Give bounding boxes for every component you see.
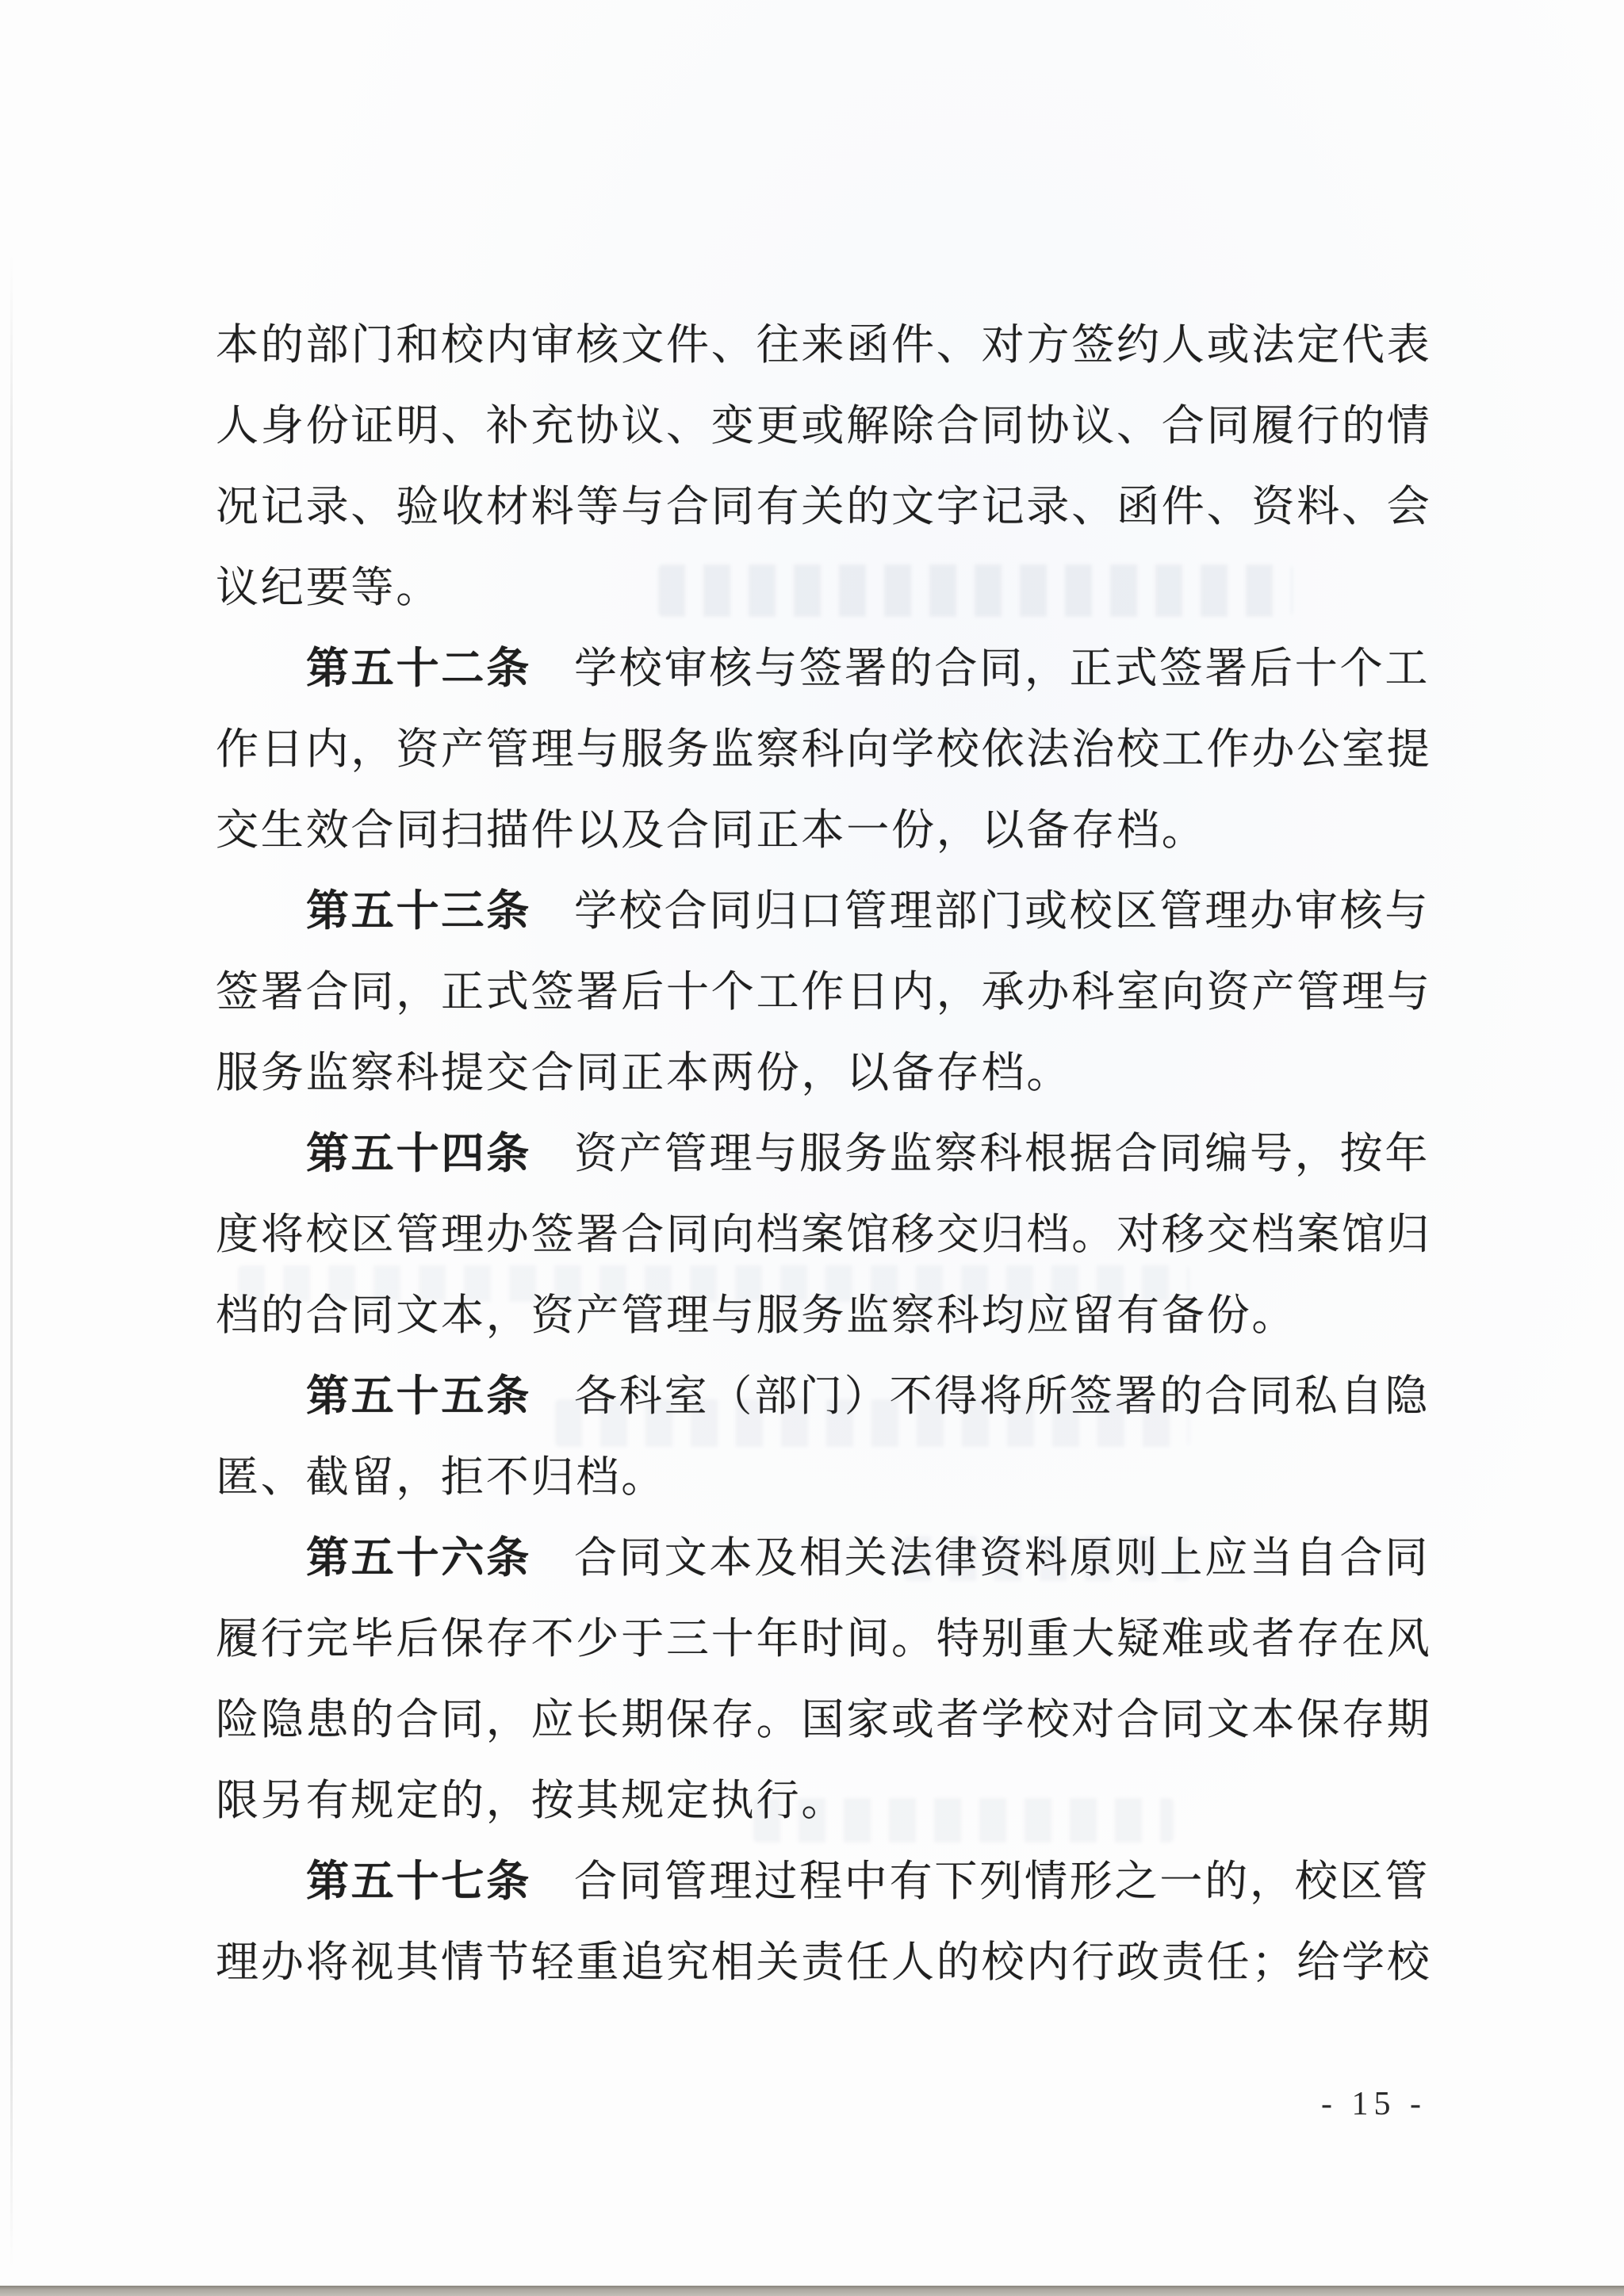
line-text: 签署合同，正式签署后十个工作日内，承办科室向资产管理与 (216, 968, 1432, 1016)
line-text: 限另有规定的，按其规定执行。 (216, 1777, 846, 1824)
text-line: 签署合同，正式签署后十个工作日内，承办科室向资产管理与 (216, 951, 1453, 1032)
text-line: 险隐患的合同，应长期保存。国家或者学校对合同文本保存期 (216, 1679, 1453, 1760)
text-line: 议纪要等。 (216, 547, 1453, 628)
article-number: 第五十三条 (306, 887, 531, 935)
text-line: 理办将视其情节轻重追究相关责任人的校内行政责任；给学校 (216, 1922, 1453, 2003)
text-line-article-54: 第五十四条资产管理与服务监察科根据合同编号，按年 (216, 1113, 1453, 1194)
scanned-page: 本的部门和校内审核文件、往来函件、对方签约人或法定代表 人身份证明、补充协议、变… (0, 0, 1624, 2296)
article-number: 第五十六条 (306, 1534, 531, 1582)
article-number: 第五十二条 (306, 645, 531, 692)
text-line: 人身份证明、补充协议、变更或解除合同协议、合同履行的情 (216, 385, 1453, 466)
article-number: 第五十五条 (306, 1372, 531, 1420)
line-text: 议纪要等。 (216, 564, 441, 611)
text-line-article-53: 第五十三条学校合同归口管理部门或校区管理办审核与 (216, 871, 1453, 951)
text-line-article-56: 第五十六条合同文本及相关法律资料原则上应当自合同 (216, 1517, 1453, 1598)
line-text: 合同管理过程中有下列情形之一的，校区管 (574, 1858, 1430, 1905)
line-text: 作日内，资产管理与服务监察科向学校依法治校工作办公室提 (216, 725, 1432, 773)
line-text: 档的合同文本，资产管理与服务监察科均应留有备份。 (216, 1291, 1297, 1339)
text-line: 服务监察科提交合同正本两份，以备存档。 (216, 1032, 1453, 1113)
text-line: 况记录、验收材料等与合同有关的文字记录、函件、资料、会 (216, 466, 1453, 547)
scan-bottom-edge (0, 2286, 1624, 2296)
line-text: 服务监察科提交合同正本两份，以备存档。 (216, 1049, 1071, 1096)
line-text: 险隐患的合同，应长期保存。国家或者学校对合同文本保存期 (216, 1696, 1432, 1743)
text-line: 作日内，资产管理与服务监察科向学校依法治校工作办公室提 (216, 709, 1453, 790)
article-number: 第五十四条 (306, 1130, 531, 1177)
line-text: 履行完毕后保存不少于三十年时间。特别重大疑难或者存在风 (216, 1615, 1432, 1663)
text-line-article-52: 第五十二条学校审核与签署的合同，正式签署后十个工 (216, 628, 1453, 709)
text-line-article-57: 第五十七条合同管理过程中有下列情形之一的，校区管 (216, 1841, 1453, 1922)
text-line: 履行完毕后保存不少于三十年时间。特别重大疑难或者存在风 (216, 1598, 1453, 1679)
line-text: 学校审核与签署的合同，正式签署后十个工 (574, 645, 1430, 692)
scan-left-edge-line (10, 254, 13, 2267)
text-line: 匿、截留，拒不归档。 (216, 1437, 1453, 1517)
article-number: 第五十七条 (306, 1858, 531, 1905)
line-text: 理办将视其情节轻重追究相关责任人的校内行政责任；给学校 (216, 1938, 1432, 1986)
line-text: 度将校区管理办签署合同向档案馆移交归档。对移交档案馆归 (216, 1211, 1432, 1258)
text-line: 档的合同文本，资产管理与服务监察科均应留有备份。 (216, 1275, 1453, 1356)
line-text: 况记录、验收材料等与合同有关的文字记录、函件、资料、会 (216, 483, 1432, 530)
line-text: 各科室（部门）不得将所签署的合同私自隐 (574, 1372, 1430, 1420)
line-text: 学校合同归口管理部门或校区管理办审核与 (574, 887, 1430, 935)
line-text: 匿、截留，拒不归档。 (216, 1453, 666, 1501)
line-text: 交生效合同扫描件以及合同正本一份，以备存档。 (216, 806, 1207, 854)
line-text: 资产管理与服务监察科根据合同编号，按年 (574, 1130, 1430, 1177)
document-body: 本的部门和校内审核文件、往来函件、对方签约人或法定代表 人身份证明、补充协议、变… (216, 304, 1453, 2003)
text-line: 限另有规定的，按其规定执行。 (216, 1760, 1453, 1841)
line-text: 合同文本及相关法律资料原则上应当自合同 (574, 1534, 1430, 1582)
text-line: 交生效合同扫描件以及合同正本一份，以备存档。 (216, 790, 1453, 871)
page-number: - 15 - (1300, 2085, 1447, 2123)
text-line-article-55: 第五十五条各科室（部门）不得将所签署的合同私自隐 (216, 1356, 1453, 1437)
text-line: 度将校区管理办签署合同向档案馆移交归档。对移交档案馆归 (216, 1194, 1453, 1275)
text-line: 本的部门和校内审核文件、往来函件、对方签约人或法定代表 (216, 304, 1453, 385)
line-text: 本的部门和校内审核文件、往来函件、对方签约人或法定代表 (216, 321, 1432, 369)
line-text: 人身份证明、补充协议、变更或解除合同协议、合同履行的情 (216, 402, 1432, 450)
